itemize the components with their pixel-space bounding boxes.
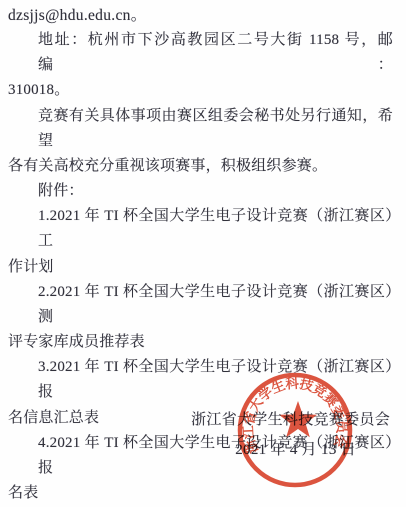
attachment-2-line-2: 评专家库成员推荐表	[8, 330, 393, 355]
official-seal: 浙江省大学生科技竞赛委员会	[220, 355, 370, 505]
attachment-1-line-2: 作计划	[8, 255, 393, 280]
notice-line-1: 竞赛有关具体事项由赛区组委会秘书处另行通知，希望	[8, 104, 393, 154]
postal-code-line: 310018。	[8, 78, 393, 103]
attachment-1-line-1: 1.2021 年 TI 杯全国大学生电子设计竞赛（浙江赛区）工	[8, 204, 393, 254]
attachment-2-line-1: 2.2021 年 TI 杯全国大学生电子设计竞赛（浙江赛区）测	[8, 280, 393, 330]
notice-line-2: 各有关高校充分重视该项赛事，积极组织参赛。	[8, 154, 393, 179]
scanned-document-page: dzsjjs@hdu.edu.cn。 地址：杭州市下沙高教园区二号大街 1158…	[0, 0, 406, 507]
attachments-heading: 附件：	[8, 179, 393, 204]
address-line: 地址：杭州市下沙高教园区二号大街 1158 号，邮编：	[8, 28, 393, 78]
email-address: dzsjjs@hdu.edu.cn。	[8, 3, 393, 28]
seal-star-icon	[279, 401, 317, 437]
